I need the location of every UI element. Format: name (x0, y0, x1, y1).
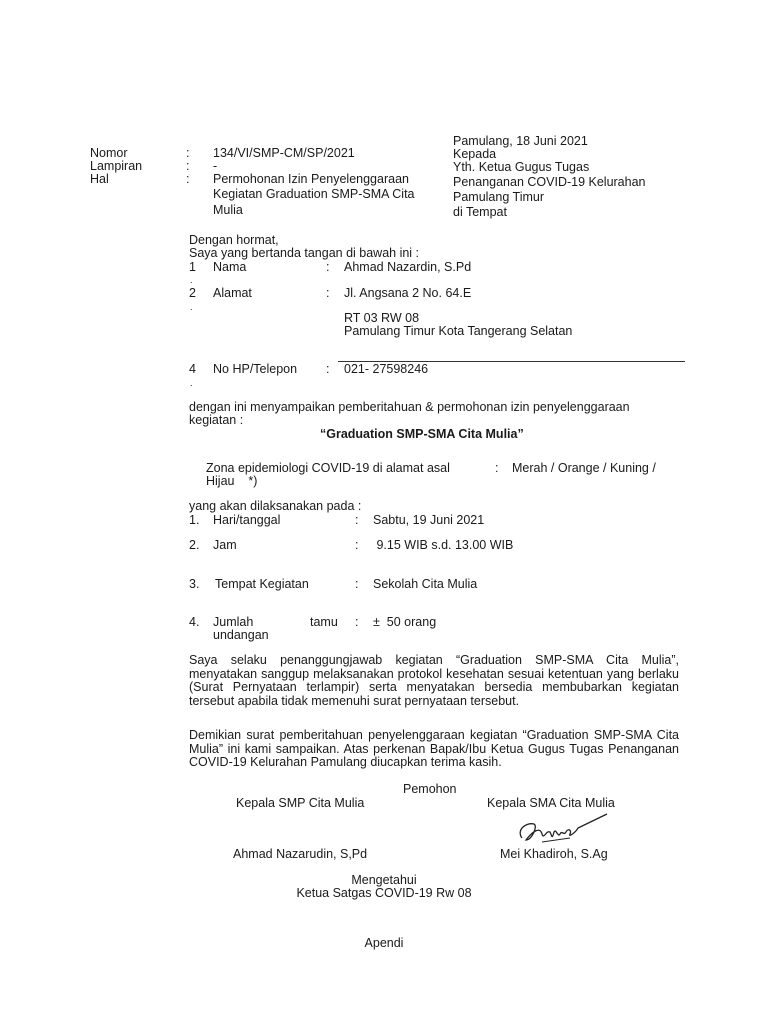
notice-line: kegiatan : (189, 413, 243, 428)
identity-sep: : (326, 286, 329, 301)
meta-label-hal: Hal (90, 172, 109, 187)
intro: Saya yang bertanda tangan di bawah ini : (189, 246, 419, 261)
closing-paragraph: Demikian surat pemberitahuan penyelengga… (189, 729, 679, 770)
zone-value: Merah / Orange / Kuning / (512, 461, 656, 476)
identity-label: Alamat (213, 286, 252, 301)
meta-value-hal: Mulia (213, 203, 243, 218)
right-signer-title: Kepala SMA Cita Mulia (487, 796, 615, 811)
schedule-value: Sabtu, 19 Juni 2021 (373, 513, 484, 528)
schedule-num: 4. (189, 615, 199, 630)
recipient-line: Pamulang Timur (453, 190, 544, 205)
zone-sep: : (495, 461, 498, 476)
notice-line: dengan ini menyampaikan pemberitahuan & … (189, 400, 630, 415)
acknowledger-name: Apendi (0, 936, 768, 951)
schedule-num: 3. (189, 577, 199, 592)
schedule-sep: : (355, 538, 358, 553)
signature-icon (512, 810, 612, 850)
meta-value-nomor: 134/VI/SMP-CM/SP/2021 (213, 146, 355, 161)
identity-sep: : (326, 362, 329, 377)
meta-value-hal: Permohonan Izin Penyelenggaraan (213, 172, 409, 187)
identity-value: 021- 27598246 (344, 362, 428, 377)
identity-dot: . (190, 300, 193, 315)
schedule-intro: yang akan dilaksanakan pada : (189, 499, 361, 514)
schedule-value: ± 50 orang (373, 615, 436, 630)
right-signer-name: Mei Khadiroh, S.Ag (500, 847, 608, 862)
schedule-value: 9.15 WIB s.d. 13.00 WIB (373, 538, 513, 553)
schedule-label-cont: undangan (213, 628, 269, 643)
identity-label: No HP/Telepon (213, 362, 297, 377)
schedule-sep: : (355, 513, 358, 528)
meta-value-hal: Kegiatan Graduation SMP-SMA Cita (213, 187, 415, 202)
identity-sep: : (326, 260, 329, 275)
identity-label: Nama (213, 260, 246, 275)
schedule-label: Hari/tanggal (213, 513, 280, 528)
identity-num: 2 (189, 286, 196, 301)
schedule-num: 2. (189, 538, 199, 553)
schedule-num: 1. (189, 513, 199, 528)
identity-value: Pamulang Timur Kota Tangerang Selatan (344, 324, 572, 339)
event-title: “Graduation SMP-SMA Cita Mulia” (320, 427, 524, 442)
recipient-line: di Tempat (453, 205, 507, 220)
schedule-label: Jam (213, 538, 237, 553)
identity-value: Ahmad Nazardin, S.Pd (344, 260, 471, 275)
left-signer-title: Kepala SMP Cita Mulia (236, 796, 364, 811)
zone-value-cont: Hijau *) (206, 474, 257, 489)
schedule-sep: : (355, 615, 358, 630)
recipient-line: Yth. Ketua Gugus Tugas (453, 160, 589, 175)
identity-value: Jl. Angsana 2 No. 64.E (344, 286, 471, 301)
meta-sep: : (186, 172, 189, 187)
identity-dot: . (190, 376, 193, 391)
statement-paragraph: Saya selaku penanggungjawab kegiatan “Gr… (189, 654, 679, 708)
identity-num: 4 (189, 362, 196, 377)
schedule-value: Sekolah Cita Mulia (373, 577, 477, 592)
acknowledger-title: Ketua Satgas COVID-19 Rw 08 (0, 886, 768, 901)
left-signer-name: Ahmad Nazarudin, S,Pd (233, 847, 367, 862)
applicant-label: Pemohon (403, 782, 457, 797)
schedule-sep: : (355, 577, 358, 592)
schedule-label: Tempat Kegiatan (215, 577, 309, 592)
recipient-line: Penanganan COVID-19 Kelurahan (453, 175, 646, 190)
schedule-label-mid: tamu (310, 615, 338, 630)
